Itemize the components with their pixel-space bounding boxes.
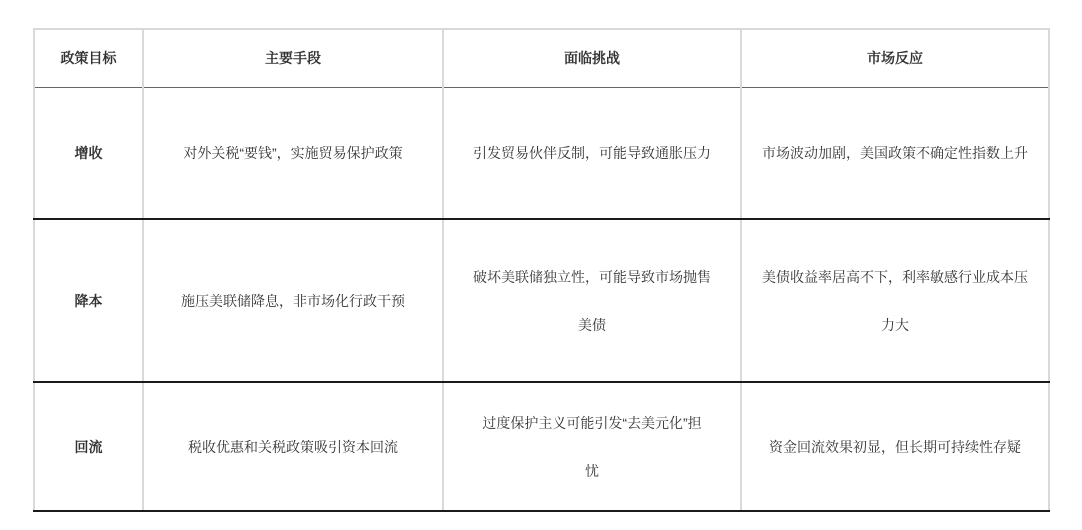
means-cell: 施压美联储降息，非市场化行政干预 — [143, 219, 443, 382]
goal-cell: 增收 — [34, 87, 143, 219]
means-cell: 税收优惠和关税政策吸引资本回流 — [143, 382, 443, 511]
table-row-revenue: 增收 对外关税“要钱”，实施贸易保护政策 引发贸易伙伴反制，可能导致通胀压力 市… — [34, 87, 1049, 219]
challenge-cell: 引发贸易伙伴反制，可能导致通胀压力 — [443, 87, 741, 219]
goal-cell: 降本 — [34, 219, 143, 382]
header-cell-main-means: 主要手段 — [143, 29, 443, 87]
reaction-cell: 资金回流效果初显，但长期可持续性存疑 — [741, 382, 1049, 511]
goal-cell: 回流 — [34, 382, 143, 511]
reaction-cell: 美债收益率居高不下，利率敏感行业成本压 力大 — [741, 219, 1049, 382]
means-cell: 对外关税“要钱”，实施贸易保护政策 — [143, 87, 443, 219]
header-cell-market-reaction: 市场反应 — [741, 29, 1049, 87]
challenge-cell: 破坏美联储独立性，可能导致市场抛售 美债 — [443, 219, 741, 382]
policy-table-container: 政策目标 主要手段 面临挑战 市场反应 增收 对外关税“要钱”，实施贸易保护政策… — [33, 28, 1050, 512]
challenge-cell: 过度保护主义可能引发“去美元化”担 忧 — [443, 382, 741, 511]
policy-table: 政策目标 主要手段 面临挑战 市场反应 增收 对外关税“要钱”，实施贸易保护政策… — [33, 28, 1050, 512]
header-cell-challenges: 面临挑战 — [443, 29, 741, 87]
table-row-reflow: 回流 税收优惠和关税政策吸引资本回流 过度保护主义可能引发“去美元化”担 忧 资… — [34, 382, 1049, 511]
header-row: 政策目标 主要手段 面临挑战 市场反应 — [34, 29, 1049, 87]
table-row-cost: 降本 施压美联储降息，非市场化行政干预 破坏美联储独立性，可能导致市场抛售 美债… — [34, 219, 1049, 382]
reaction-cell: 市场波动加剧，美国政策不确定性指数上升 — [741, 87, 1049, 219]
header-cell-policy-goal: 政策目标 — [34, 29, 143, 87]
